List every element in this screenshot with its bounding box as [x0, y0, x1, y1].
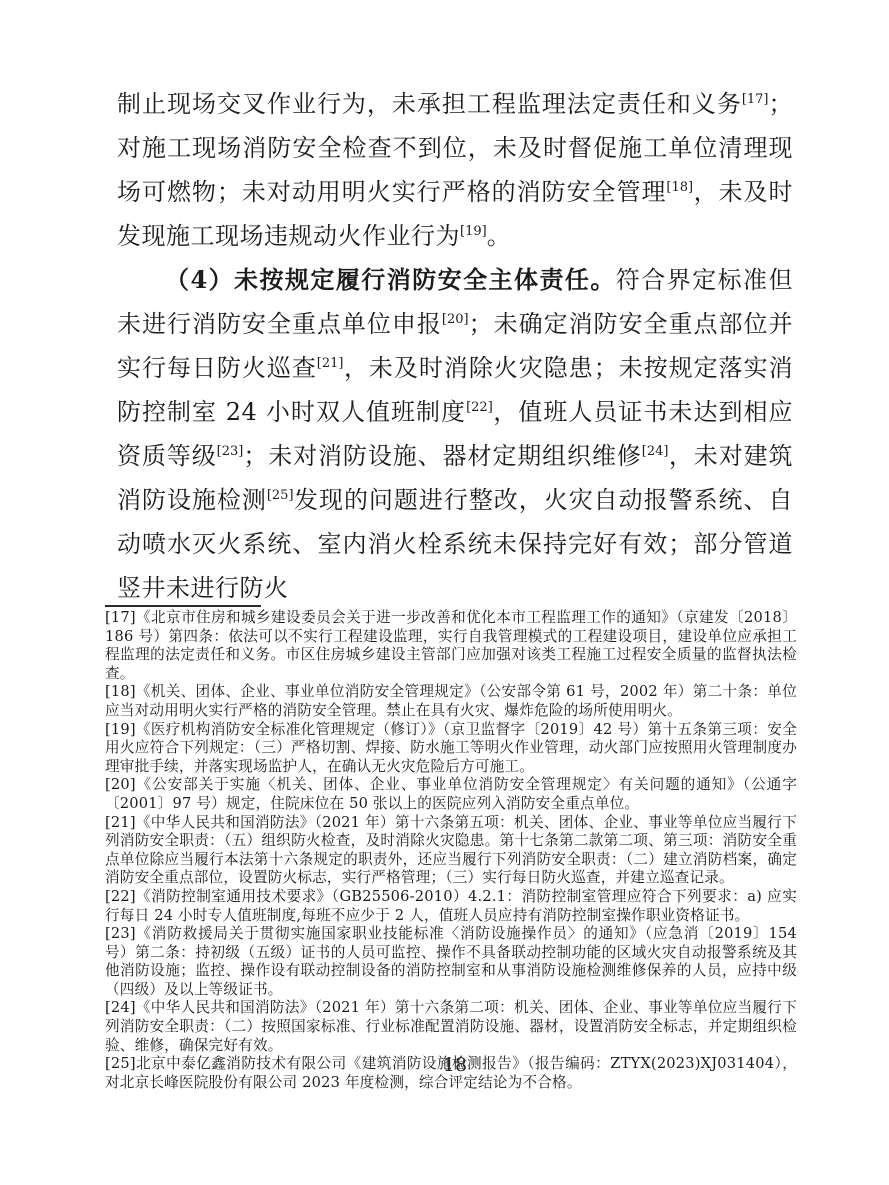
- footnote-ref: [21]: [317, 356, 344, 371]
- footnote-separator: [105, 605, 261, 607]
- footnote-ref: [20]: [442, 312, 469, 327]
- body-paragraph: （4）未按规定履行消防安全主体责任。符合界定标准但未进行消防安全重点单位申报[2…: [117, 258, 793, 610]
- footnote-item: [22]《消防控制室通用技术要求》（GB25506-2010）4.2.1：消防控…: [105, 888, 797, 925]
- body-text-segment: ；未对消防设施、器材定期组织维修: [243, 442, 641, 470]
- document-page: 制止现场交叉作业行为，未承担工程监理法定责任和义务[17]；对施工现场消防安全检…: [0, 0, 889, 1185]
- footnote-item: [23]《消防救援局关于贯彻实施国家职业技能标准〈消防设施操作员〉的通知》（应急…: [105, 925, 797, 999]
- footnote-ref: [22]: [466, 400, 493, 415]
- body-text-segment: 。: [487, 222, 512, 250]
- footnote-item: [24]《中华人民共和国消防法》（2021 年）第十六条第二项：机关、团体、企业…: [105, 999, 797, 1055]
- footnote-ref: [24]: [642, 444, 669, 459]
- footnote-item: [19]《医疗机构消防安全标准化管理规定（修订）》（京卫监督字〔2019〕42 …: [105, 721, 797, 777]
- footnote-ref: [17]: [742, 92, 769, 107]
- page-number: 18: [117, 1051, 793, 1079]
- footnotes: [17]《北京市住房和城乡建设委员会关于进一步改善和优化本市工程监理工作的通知》…: [105, 609, 797, 1092]
- footnote-item: [21]《中华人民共和国消防法》（2021 年）第十六条第五项：机关、团体、企业…: [105, 814, 797, 888]
- footnote-ref: [18]: [666, 180, 693, 195]
- footnote-ref: [25]: [267, 488, 294, 503]
- footnote-ref: [23]: [217, 444, 244, 459]
- body-paragraph: 制止现场交叉作业行为，未承担工程监理法定责任和义务[17]；对施工现场消防安全检…: [117, 82, 793, 258]
- body-text: 制止现场交叉作业行为，未承担工程监理法定责任和义务[17]；对施工现场消防安全检…: [117, 82, 793, 610]
- body-text-segment: 制止现场交叉作业行为，未承担工程监理法定责任和义务: [117, 90, 742, 118]
- footnote-ref: [19]: [460, 224, 487, 239]
- footnote-item: [17]《北京市住房和城乡建设委员会关于进一步改善和优化本市工程监理工作的通知》…: [105, 609, 797, 683]
- footnote-item: [18]《机关、团体、企业、事业单位消防安全管理规定》（公安部令第 61 号，2…: [105, 683, 797, 720]
- footnote-item: [20]《公安部关于实施〈机关、团体、企业、事业单位消防安全管理规定〉有关问题的…: [105, 776, 797, 813]
- body-text-segment-bold: （4）未按规定履行消防安全主体责任。: [165, 265, 616, 294]
